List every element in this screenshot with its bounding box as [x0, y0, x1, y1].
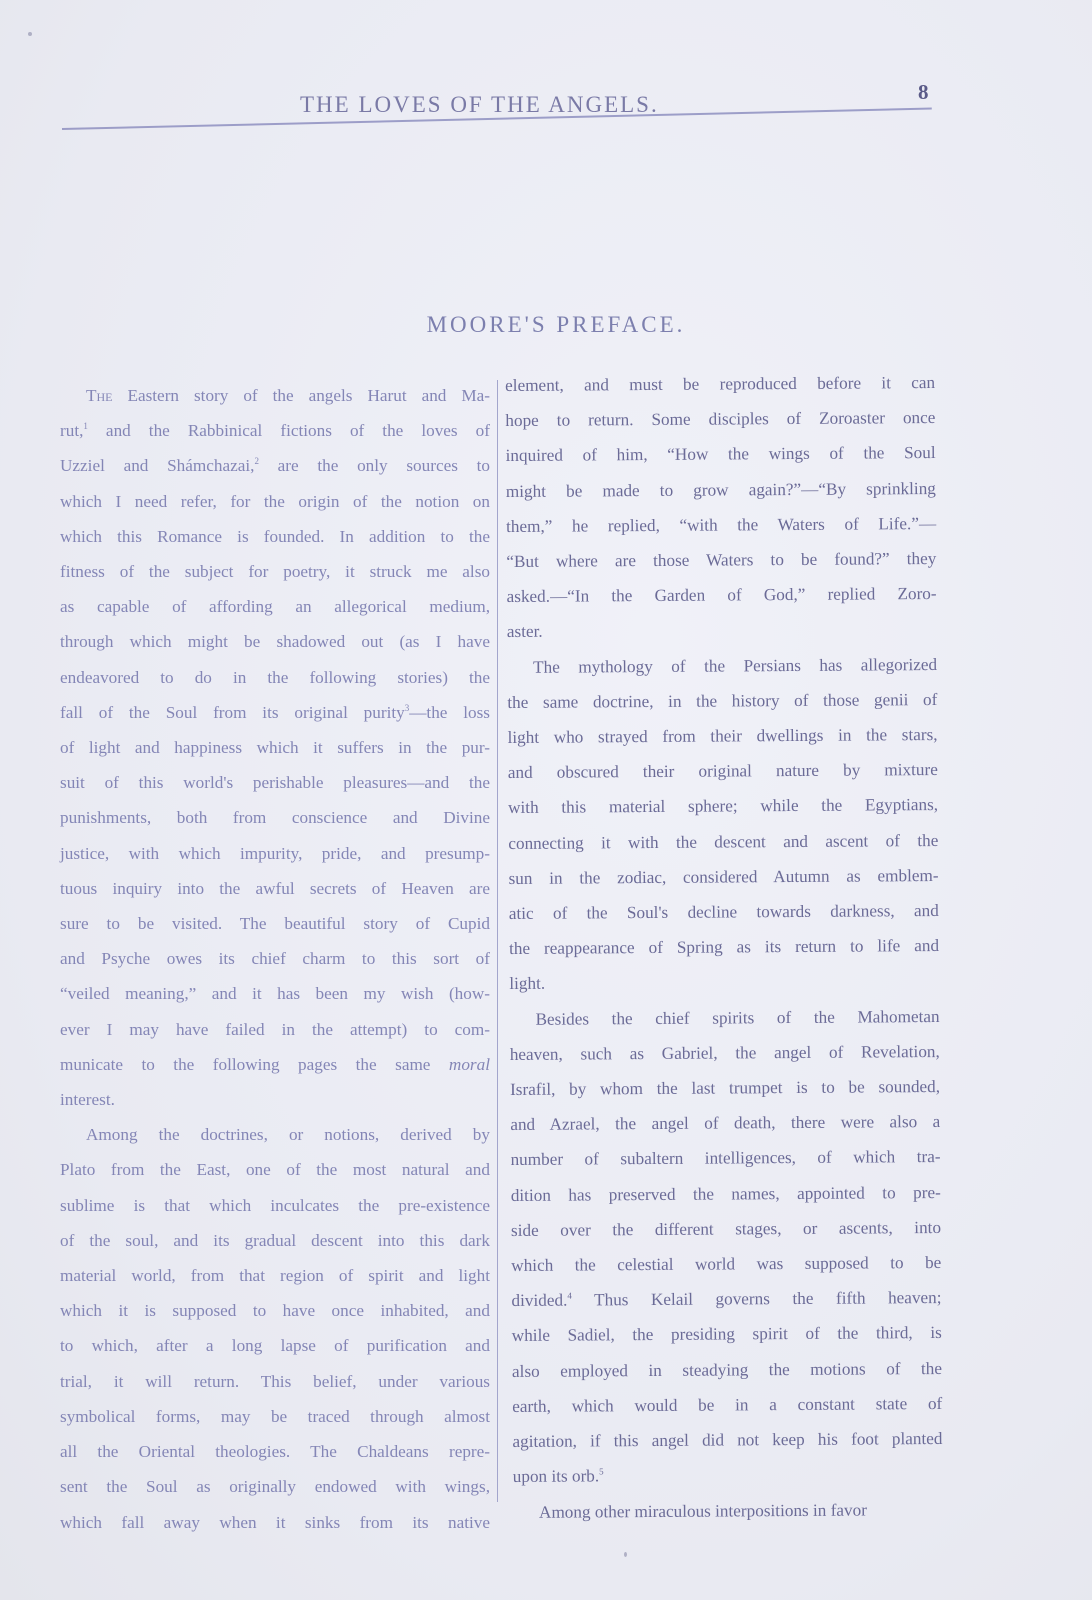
text-line: might be made to grow again?”—“By sprink… — [506, 471, 936, 509]
running-head-title: THE LOVES OF THE ANGELS. — [300, 92, 659, 118]
text-line: as capable of affording an allegorical m… — [60, 589, 490, 624]
text-line: side over the different stages, or ascen… — [511, 1210, 941, 1248]
text-line: Israfil, by whom the last trumpet is to … — [510, 1069, 940, 1107]
section-title: MOORE'S PREFACE. — [0, 312, 1092, 338]
text-line: while Sadiel, the presiding spirit of th… — [512, 1315, 942, 1353]
text-line: to which, after a long lapse of purifica… — [60, 1328, 490, 1363]
text-line: sure to be visited. The beautiful story … — [60, 906, 490, 941]
text-line: element, and must be reproduced before i… — [505, 365, 935, 403]
text-line: endeavored to do in the following storie… — [60, 660, 490, 695]
text-line: sublime is that which inculcates the pre… — [60, 1188, 490, 1223]
text-line: heaven, such as Gabriel, the angel of Re… — [510, 1034, 940, 1072]
text-line: light. — [509, 963, 939, 1001]
text-line: hope to return. Some disciples of Zoroas… — [505, 400, 935, 438]
text-line: symbolical forms, may be traced through … — [60, 1399, 490, 1434]
drop-smallcaps-word: The — [86, 386, 113, 405]
text-line: all the Oriental theologies. The Chaldea… — [60, 1434, 490, 1469]
text-line: dition has preserved the names, appointe… — [511, 1175, 941, 1213]
text-line: Plato from the East, one of the most nat… — [60, 1152, 490, 1187]
text-line: Among other miraculous interpositions in… — [513, 1491, 943, 1529]
text-line: which this Romance is founded. In additi… — [60, 519, 490, 554]
text-line: sent the Soul as originally endowed with… — [60, 1469, 490, 1504]
text-line: The Eastern story of the angels Harut an… — [60, 378, 490, 413]
text-line: light who strayed from their dwellings i… — [507, 717, 937, 755]
text-line: also employed in steadying the motions o… — [512, 1351, 942, 1389]
text-line: and Azrael, the angel of death, there we… — [510, 1104, 940, 1142]
text-line: agitation, if this angel did not keep hi… — [512, 1421, 942, 1459]
text-line: Uzziel and Shámchazai,2 are the only sou… — [60, 448, 490, 483]
text-line: connecting it with the descent and ascen… — [508, 823, 938, 861]
text-line: trial, it will return. This belief, unde… — [60, 1364, 490, 1399]
text-line: the reappearance of Spring as its return… — [509, 928, 939, 966]
text-line: “veiled meaning,” and it has been my wis… — [60, 976, 490, 1011]
text-line: justice, with which impurity, pride, and… — [60, 836, 490, 871]
text-line: aster. — [507, 611, 937, 649]
text-line: “But where are those Waters to be found?… — [506, 541, 936, 579]
column-divider — [497, 380, 498, 1502]
paper-speck — [624, 1552, 627, 1557]
text-line: sun in the zodiac, considered Autumn as … — [508, 858, 938, 896]
paper-speck — [28, 32, 32, 36]
text-line: material world, from that region of spir… — [60, 1258, 490, 1293]
text-line: which the celestial world was supposed t… — [511, 1245, 941, 1283]
text-line: of the soul, and its gradual descent int… — [60, 1223, 490, 1258]
text-line: them,” he replied, “with the Waters of L… — [506, 506, 936, 544]
text-line: upon its orb.5 — [513, 1456, 943, 1494]
book-page: THE LOVES OF THE ANGELS. 8 MOORE'S PREFA… — [0, 0, 1092, 1600]
text-line: suit of this world's perishable pleasure… — [60, 765, 490, 800]
text-line: the same doctrine, in the history of tho… — [507, 682, 937, 720]
text-line: interest. — [60, 1082, 490, 1117]
text-line: The mythology of the Persians has allego… — [507, 647, 937, 685]
text-line: punishments, both from conscience and Di… — [60, 800, 490, 835]
italic-word: moral — [449, 1055, 490, 1074]
text-line: tuous inquiry into the awful secrets of … — [60, 871, 490, 906]
right-text-column: element, and must be reproduced before i… — [505, 365, 943, 1530]
text-line: of light and happiness which it suffers … — [60, 730, 490, 765]
text-line: and obscured their original nature by mi… — [508, 752, 938, 790]
text-line: number of subaltern intelligences, of wh… — [510, 1139, 940, 1177]
text-line: municate to the following pages the same… — [60, 1047, 490, 1082]
text-line: ever I may have failed in the attempt) t… — [60, 1012, 490, 1047]
text-line: Besides the chief spirits of the Mahomet… — [509, 999, 939, 1037]
page-number: 8 — [918, 80, 929, 105]
text-line: divided.4 Thus Kelail governs the fifth … — [511, 1280, 941, 1318]
text-line: inquired of him, “How the wings of the S… — [505, 435, 935, 473]
text-line: earth, which would be in a constant stat… — [512, 1386, 942, 1424]
text-line: asked.—“In the Garden of God,” replied Z… — [506, 576, 936, 614]
text-line: which I need refer, for the origin of th… — [60, 484, 490, 519]
text-line: through which might be shadowed out (as … — [60, 624, 490, 659]
text-line: atic of the Soul's decline towards darkn… — [509, 893, 939, 931]
left-text-column: The Eastern story of the angels Harut an… — [60, 378, 490, 1540]
text-line: rut,1 and the Rabbinical fictions of the… — [60, 413, 490, 448]
text-line: Among the doctrines, or notions, derived… — [60, 1117, 490, 1152]
text-line: and Psyche owes its chief charm to this … — [60, 941, 490, 976]
text-line: fitness of the subject for poetry, it st… — [60, 554, 490, 589]
text-line: fall of the Soul from its original purit… — [60, 695, 490, 730]
text-line: which it is supposed to have once inhabi… — [60, 1293, 490, 1328]
footnote-marker: 5 — [599, 1467, 604, 1477]
text-line: with this material sphere; while the Egy… — [508, 787, 938, 825]
text-line: which fall away when it sinks from its n… — [60, 1505, 490, 1540]
